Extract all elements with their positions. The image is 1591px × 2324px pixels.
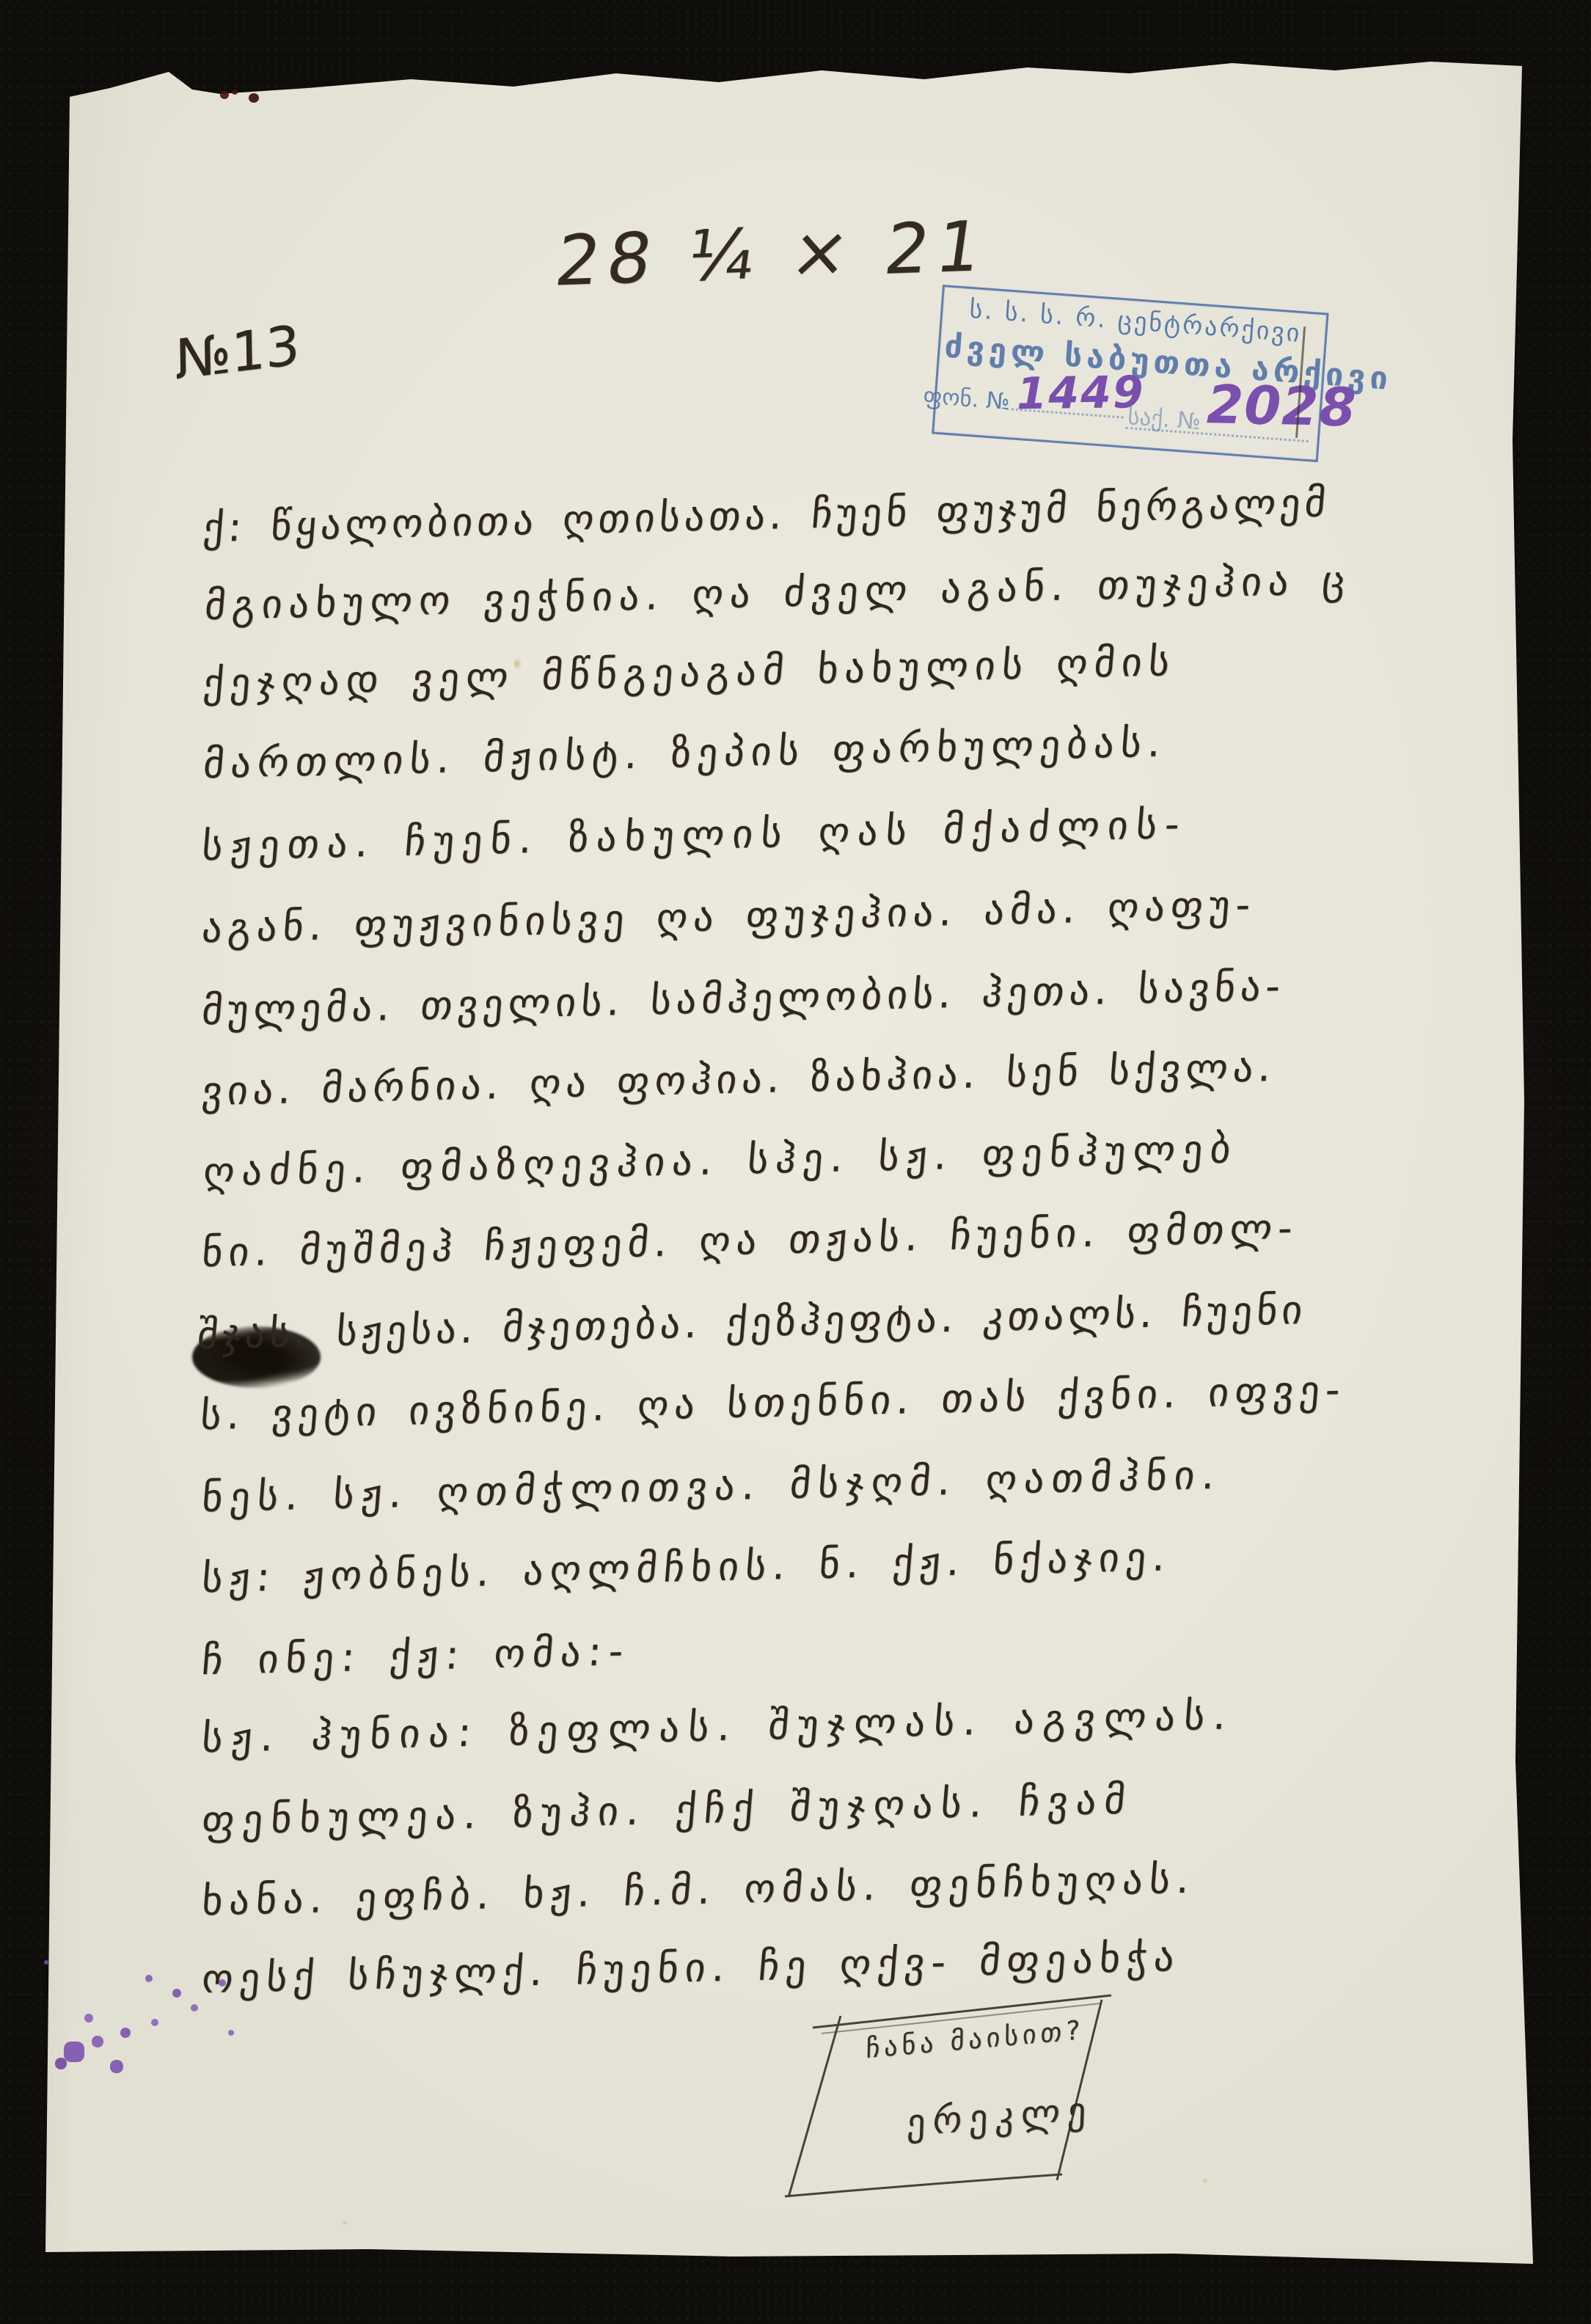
red-ink-speck xyxy=(232,89,238,95)
handwriting-line: ჩ ინე: ქჟ: ომა:- xyxy=(200,1628,632,1684)
stamp-fond-label: ფონ. № xyxy=(923,383,1011,416)
purple-ink-splatter xyxy=(44,1960,48,1965)
archive-stamp: ს. ს. ს. რ. ცენტრარქივი ძველ საბუთთა არქ… xyxy=(932,285,1329,462)
scan-background: №13 28 ¼ × 21 ს. ს. ს. რ. ცენტრარქივი ძვ… xyxy=(0,0,1591,2324)
stamp-case-number: 2028 xyxy=(1206,373,1357,438)
size-note: 28 ¼ × 21 xyxy=(550,206,993,302)
